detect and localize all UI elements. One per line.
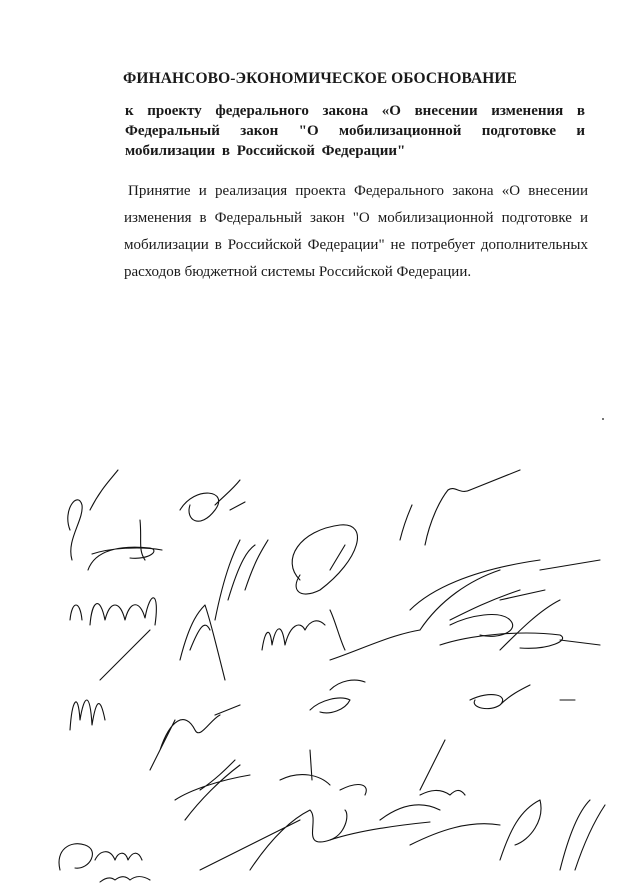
document-subtitle: к проекту федерального закона «О внесени… (125, 101, 585, 161)
signature (262, 610, 345, 650)
signature (410, 560, 545, 630)
signature (330, 805, 500, 845)
signature (68, 470, 118, 560)
signature (88, 520, 162, 570)
document-page: ФИНАНСОВО-ЭКОНОМИЧЕСКОЕ ОБОСНОВАНИЕ к пр… (0, 0, 640, 888)
signature (150, 705, 240, 770)
signature (70, 630, 150, 730)
signature (280, 750, 366, 795)
signature (215, 540, 268, 620)
signature (500, 800, 605, 870)
signature (180, 480, 245, 521)
document-title: ФИНАНСОВО-ЭКОНОМИЧЕСКОЕ ОБОСНОВАНИЕ (0, 70, 640, 88)
signature (180, 605, 225, 680)
signature (470, 685, 575, 709)
scan-speck (602, 418, 604, 420)
signature (400, 470, 520, 545)
signature (310, 680, 365, 713)
signatures-area (0, 450, 640, 888)
signature (70, 598, 156, 625)
document-body: Принятие и реализация проекта Федерально… (124, 178, 588, 286)
signature (100, 877, 150, 882)
signature (420, 740, 465, 795)
signature (200, 810, 347, 870)
signature (175, 760, 250, 820)
signature (330, 630, 600, 660)
signature (292, 525, 357, 594)
signature (59, 844, 142, 870)
signature (450, 560, 600, 650)
